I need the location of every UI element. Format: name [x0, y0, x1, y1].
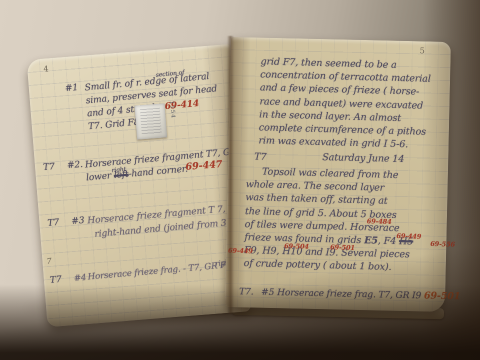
catalog-annotation-red: 69-501 — [330, 241, 355, 255]
inserted-word: right — [111, 163, 126, 177]
entry-3-margin: T7 — [47, 218, 59, 229]
heading-margin: T7 — [254, 152, 266, 163]
tape-label-texture — [140, 108, 162, 135]
entry-4-margin: T7 — [50, 275, 62, 286]
entry-2-label: #2. — [67, 160, 84, 171]
entry-4-label: #4 — [74, 273, 87, 284]
entry-5-label: #5 — [261, 288, 274, 298]
entry-1-label: #1 — [65, 83, 79, 94]
catalog-number-red: 69-501 — [424, 290, 461, 302]
margin-mark: 7 — [46, 257, 52, 266]
entry-2-margin: T7 — [43, 162, 55, 173]
catalog-annotation-red: 69-449 — [396, 230, 421, 244]
inserted-word: section of — [155, 66, 185, 82]
heading-date: Saturday June 14 — [322, 152, 404, 165]
page-number-right: 5 — [420, 46, 425, 55]
tape-label — [135, 103, 168, 139]
entry-5: Horserace frieze frag. T7, GR I9 69-501 — [277, 287, 460, 302]
catalog-annotation-red: 69-504 — [284, 240, 309, 254]
page-number-left: 4 — [43, 64, 49, 73]
right-page: 5 grid F7, then seemed to be a concentra… — [225, 37, 451, 312]
entry-3-label: #3 — [71, 216, 85, 227]
notebook-photo: 4 #1 section of Small fr. of r. edge of … — [0, 0, 480, 360]
catalog-annotation-red: 69-556 — [430, 238, 455, 252]
paragraph-1: grid F7, then seemed to be a concentrati… — [258, 55, 431, 152]
entry-5-margin: T7. — [239, 287, 254, 297]
catalog-annotation-red: 69-484 — [367, 215, 392, 229]
paragraph-2: Topsoil was cleared from the whole area.… — [244, 165, 416, 275]
grid-ref-emphasized: E5 — [364, 235, 378, 246]
left-page: 4 #1 section of Small fr. of r. edge of … — [27, 44, 251, 327]
notebook-spine — [227, 36, 234, 314]
